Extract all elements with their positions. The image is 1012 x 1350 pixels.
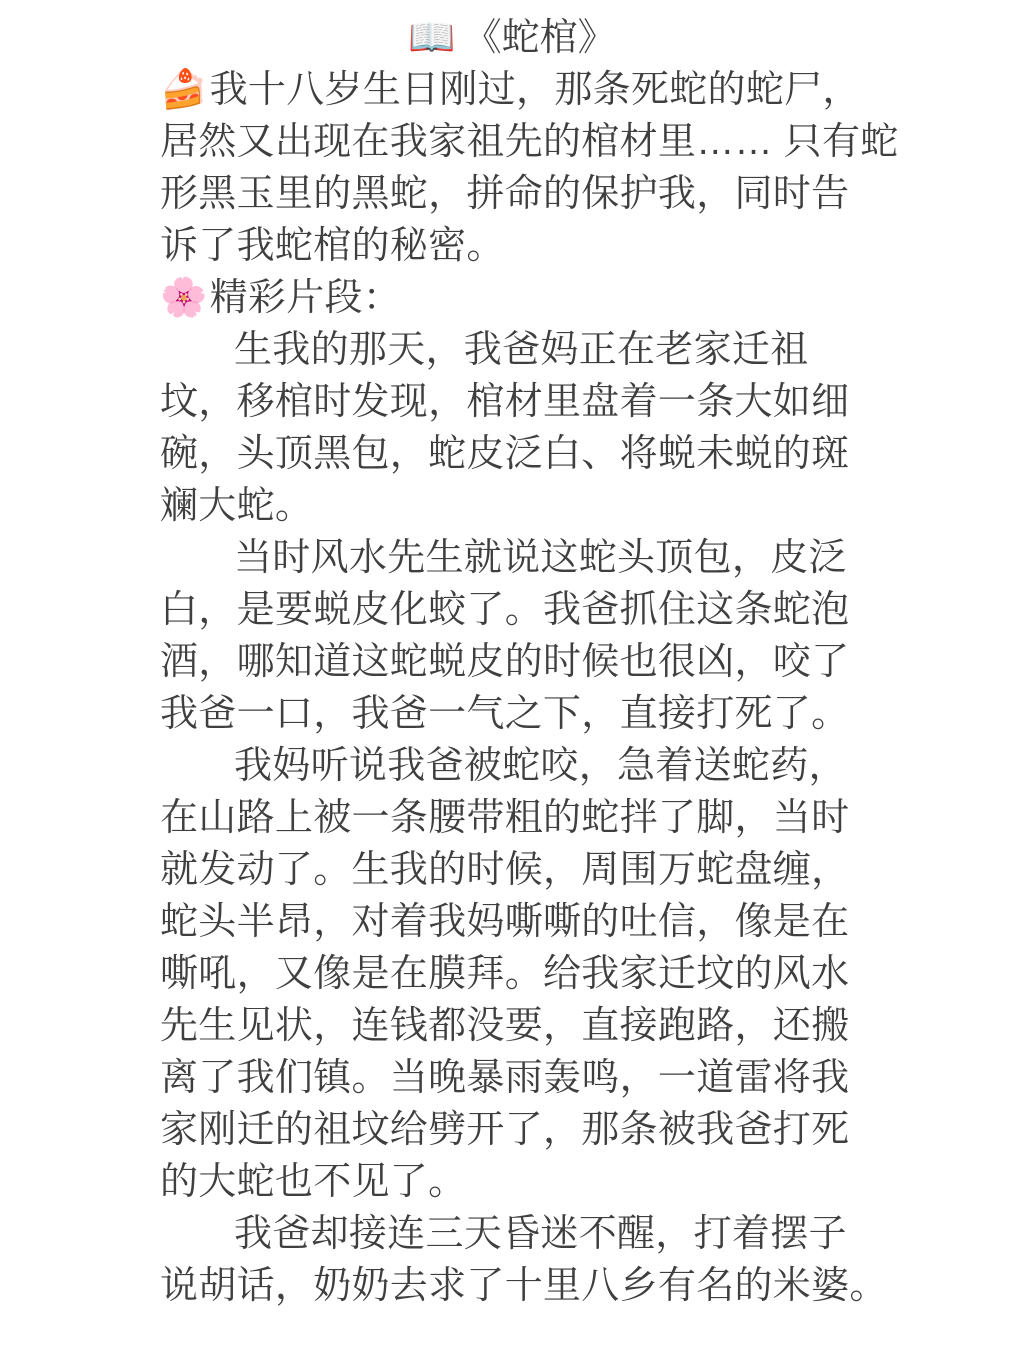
story-line: 我妈听说我爸被蛇咬，急着送蛇药， (160, 740, 864, 792)
story-line: 白，是要蜕皮化蛟了。我爸抓住这条蛇泡 (160, 584, 864, 636)
story-line: 形黑玉里的黑蛇，拼命的保护我，同时告 (160, 168, 864, 220)
story-line: 在山路上被一条腰带粗的蛇拌了脚，当时 (160, 792, 864, 844)
story-line: 坟，移棺时发现，棺材里盘着一条大如细 (160, 376, 864, 428)
story-line: 我爸却接连三天昏迷不醒，打着摆子 (160, 1208, 864, 1260)
story-line: 当时风水先生就说这蛇头顶包，皮泛 (160, 532, 864, 584)
story-line: 先生见状，连钱都没要，直接跑路，还搬 (160, 1000, 864, 1052)
story-line: 我爸一口，我爸一气之下，直接打死了。 (160, 688, 864, 740)
story-line: 诉了我蛇棺的秘密。 (160, 220, 864, 272)
story-line-text: 我十八岁生日刚过，那条死蛇的蛇尸， (210, 69, 861, 111)
story-line: 的大蛇也不见了。 (160, 1156, 864, 1208)
story-line: 离了我们镇。当晚暴雨轰鸣，一道雷将我 (160, 1052, 864, 1104)
story-line: 嘶吼，又像是在膜拜。给我家迁坟的风水 (160, 948, 864, 1000)
story-line: 🍰我十八岁生日刚过，那条死蛇的蛇尸， (160, 64, 864, 116)
story-line: 蛇头半昂，对着我妈嘶嘶的吐信，像是在 (160, 896, 864, 948)
story-text: 🍰我十八岁生日刚过，那条死蛇的蛇尸，居然又出现在我家祖先的棺材里…… 只有蛇形黑… (160, 64, 864, 1312)
story-line: 生我的那天，我爸妈正在老家迁祖 (160, 324, 864, 376)
page: 📖《蛇棺》 🍰我十八岁生日刚过，那条死蛇的蛇尸，居然又出现在我家祖先的棺材里……… (0, 0, 1012, 1350)
page-title: 📖《蛇棺》 (160, 12, 864, 64)
story-line: 居然又出现在我家祖先的棺材里…… 只有蛇 (160, 116, 864, 168)
blossom-icon: 🌸 (160, 277, 208, 319)
story-line: 斓大蛇。 (160, 480, 864, 532)
story-line: 家刚迁的祖坟给劈开了，那条被我爸打死 (160, 1104, 864, 1156)
open-book-icon: 📖 (408, 17, 455, 59)
story-line-text: 精彩片段： (210, 277, 402, 319)
page-title-text: 《蛇棺》 (464, 17, 616, 59)
story-line: 🌸精彩片段： (160, 272, 864, 324)
story-line: 碗，头顶黑包，蛇皮泛白、将蜕未蜕的斑 (160, 428, 864, 480)
story-line: 酒，哪知道这蛇蜕皮的时候也很凶，咬了 (160, 636, 864, 688)
story-line: 说胡话，奶奶去求了十里八乡有名的米婆。 (160, 1260, 864, 1312)
cake-icon: 🍰 (160, 69, 208, 111)
story-line: 就发动了。生我的时候，周围万蛇盘缠， (160, 844, 864, 896)
